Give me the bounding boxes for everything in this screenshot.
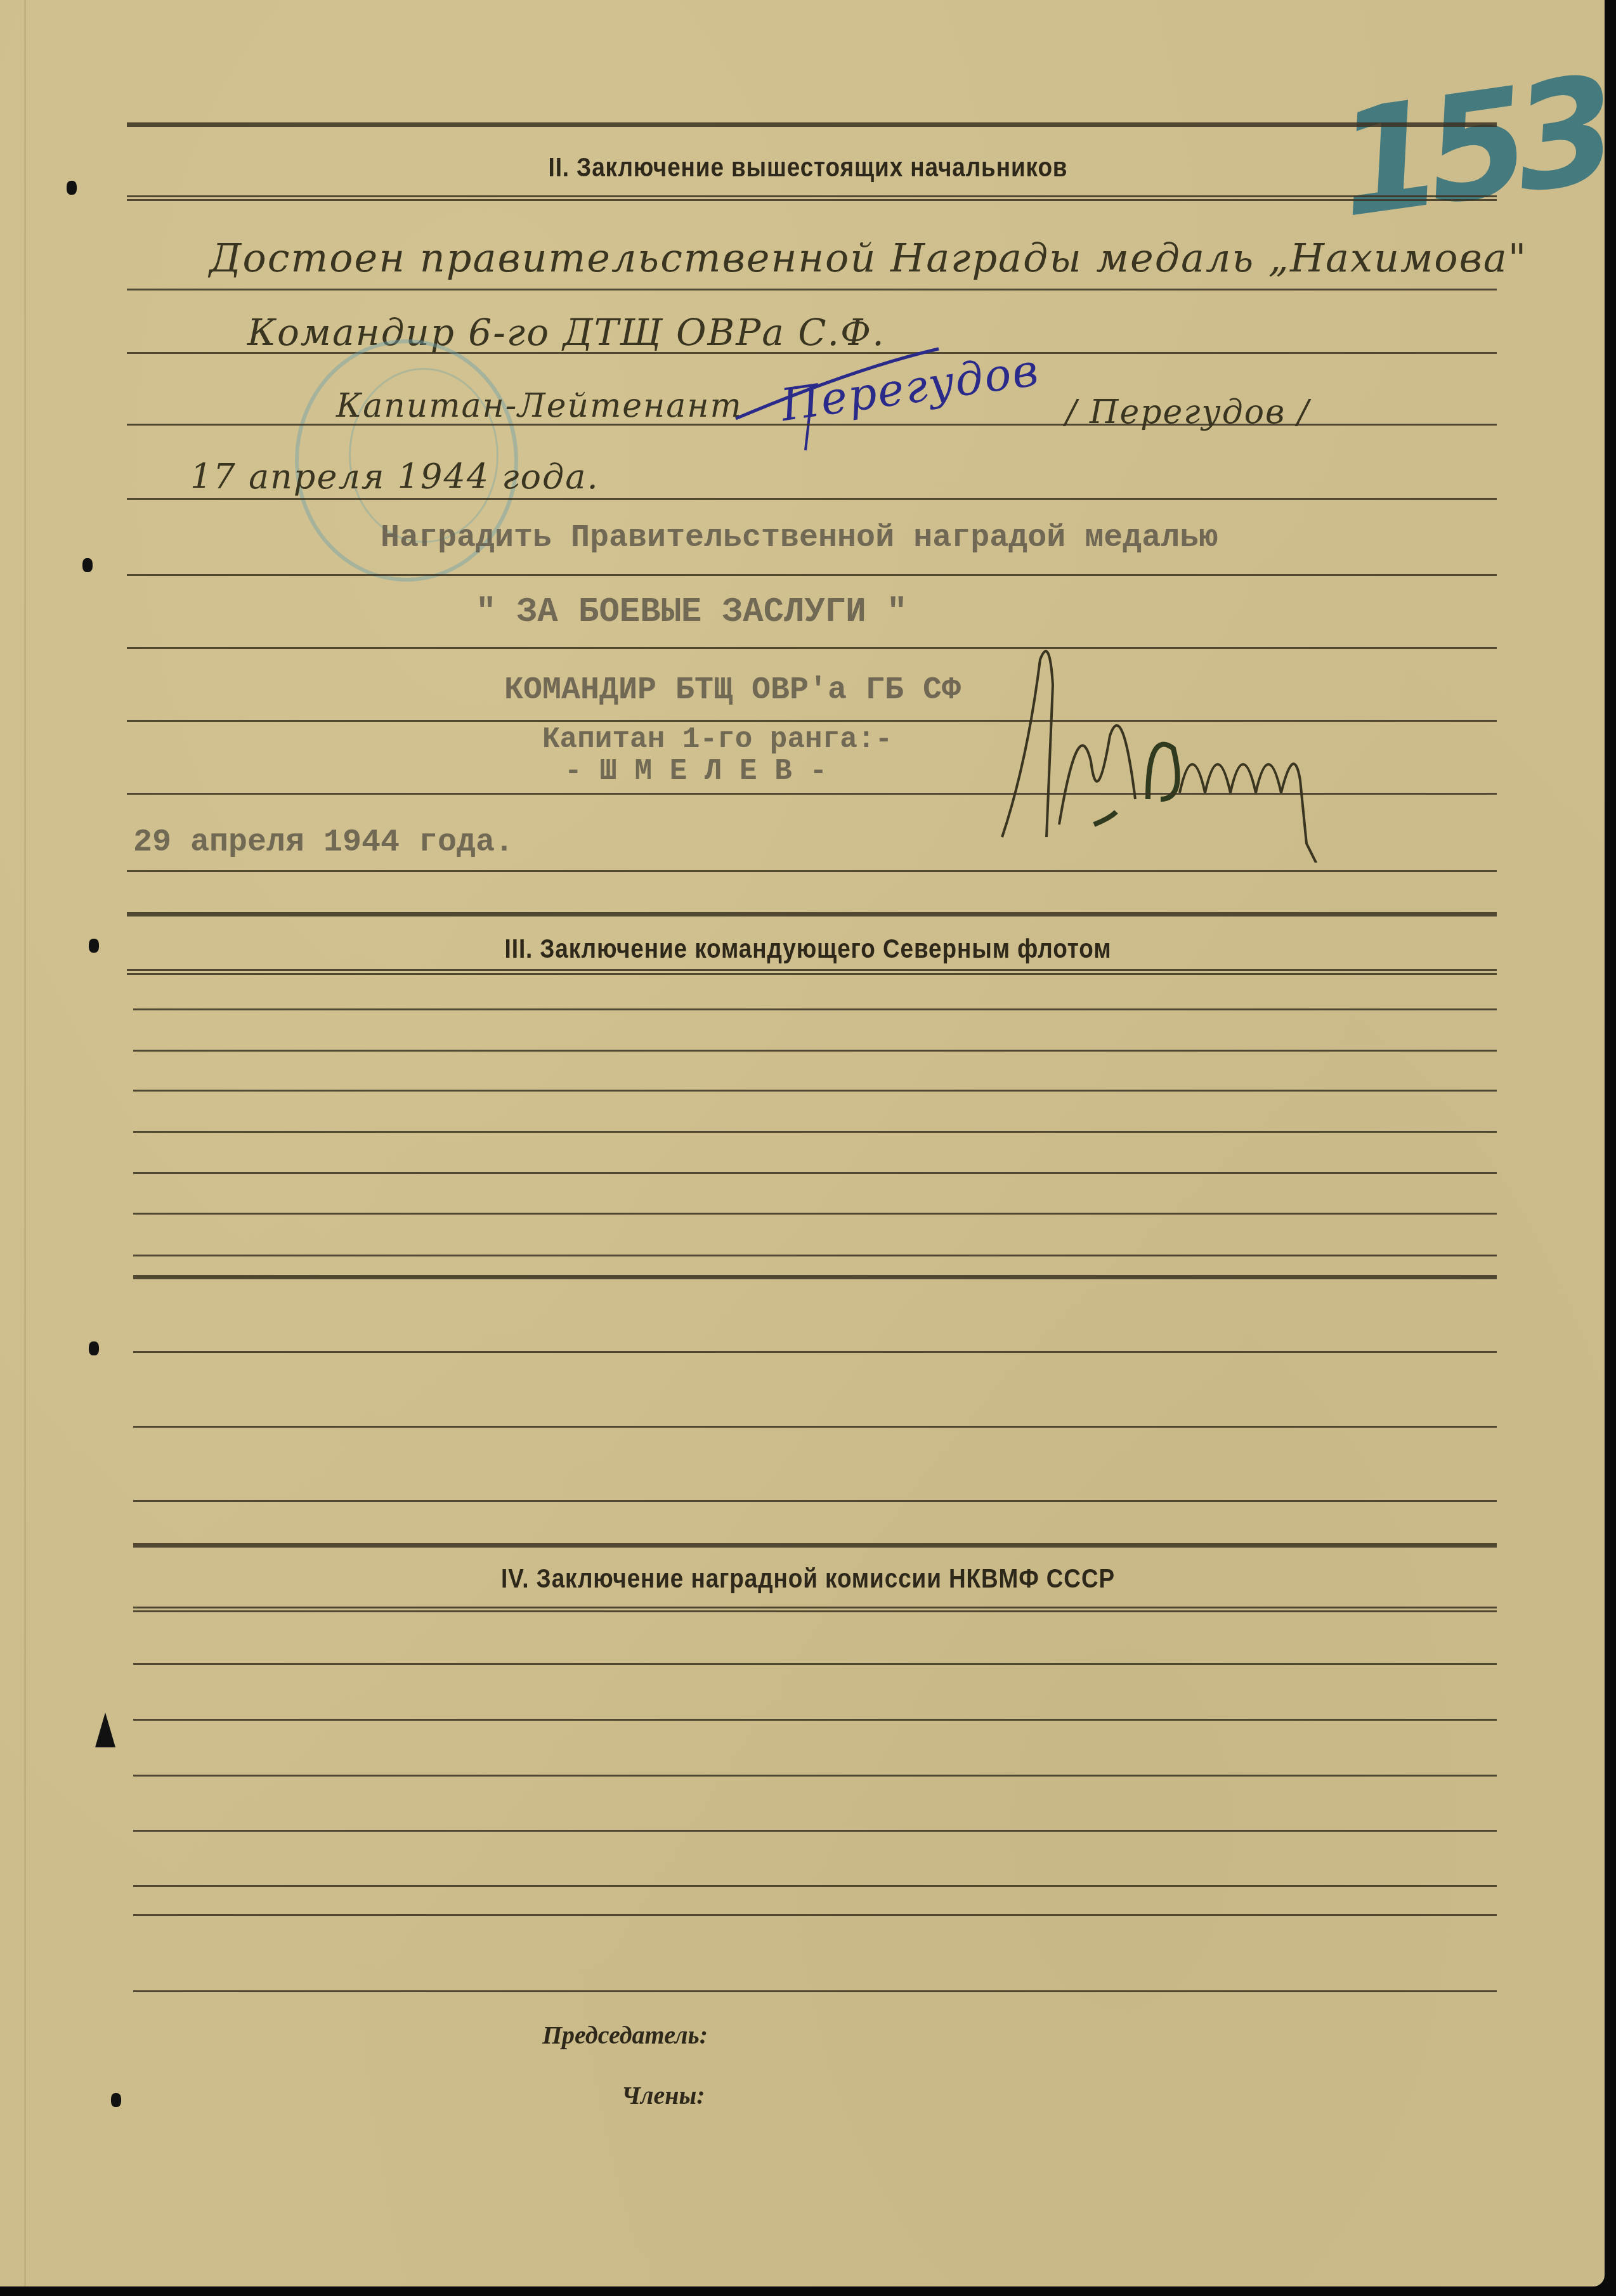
divider <box>133 1275 1497 1279</box>
section-2-heading: II. Заключение вышестоящих начальников <box>97 152 1519 183</box>
ruled-line <box>133 1213 1497 1215</box>
ruled-line <box>127 870 1497 872</box>
divider <box>133 1543 1497 1548</box>
handwritten-line-1: Достоен правительственной Награды медаль… <box>209 235 1527 281</box>
ruled-line <box>133 1131 1497 1133</box>
section-4-heading: IV. Заключение наградной комиссии НКВМФ … <box>97 1563 1519 1594</box>
page-fold <box>24 0 26 2286</box>
ruled-line <box>133 1050 1497 1052</box>
members-label: Члены: <box>622 2080 705 2110</box>
ruled-line <box>133 1426 1497 1428</box>
folio-number: 153 <box>1327 46 1615 251</box>
typed-rank: Капитан 1-го ранга:- <box>542 723 892 756</box>
binder-hole <box>95 1712 115 1747</box>
divider <box>133 1607 1497 1612</box>
binder-hole <box>111 2093 121 2107</box>
ruled-line <box>133 1830 1497 1832</box>
ruled-line <box>133 1885 1497 1887</box>
divider <box>127 969 1497 975</box>
ruled-line <box>133 1008 1497 1010</box>
typed-commander-title: КОМАНДИР БТЩ ОВР'а ГБ СФ <box>504 672 961 708</box>
typed-medal-name: " ЗА БОЕВЫЕ ЗАСЛУГИ " <box>476 593 908 632</box>
ruled-line <box>133 1719 1497 1721</box>
divider <box>127 122 1497 127</box>
section-3-heading: III. Заключение командующего Северным фл… <box>97 934 1519 964</box>
ruled-line <box>133 1775 1497 1777</box>
ruled-line <box>133 1172 1497 1174</box>
divider <box>127 912 1497 916</box>
binder-hole <box>67 181 77 195</box>
signature-shmelev-icon <box>989 634 1370 863</box>
binder-hole <box>89 939 99 953</box>
signature-stroke-icon <box>729 342 983 457</box>
handwritten-date: 17 апреля 1944 года. <box>190 457 599 497</box>
ruled-line <box>133 1990 1497 1992</box>
ruled-line <box>127 289 1497 290</box>
ruled-line <box>127 574 1497 576</box>
ruled-line <box>127 498 1497 500</box>
ruled-line <box>133 1255 1497 1256</box>
ruled-line <box>133 1090 1497 1092</box>
ruled-line <box>133 1914 1497 1916</box>
ruled-line <box>133 1500 1497 1502</box>
binder-hole <box>82 558 93 572</box>
typed-name-shmelev: - Ш М Е Л Е В - <box>564 755 827 788</box>
ruled-line <box>133 1351 1497 1353</box>
typed-date: 29 апреля 1944 года. <box>133 825 514 861</box>
ruled-line <box>127 793 1497 795</box>
divider <box>127 195 1497 201</box>
handwritten-rank: Капитан-Лейтенант <box>336 387 743 425</box>
ruled-line <box>133 1663 1497 1665</box>
handwritten-name-peregudov: / Перегудов / <box>1065 393 1310 431</box>
ruled-line <box>127 424 1497 426</box>
binder-hole <box>89 1341 99 1355</box>
typed-award-line: Наградить Правительственной наградой мед… <box>381 520 1218 556</box>
document-page: 153 II. Заключение вышестоящих начальник… <box>0 0 1605 2286</box>
chairman-label: Председатель: <box>542 2020 708 2050</box>
